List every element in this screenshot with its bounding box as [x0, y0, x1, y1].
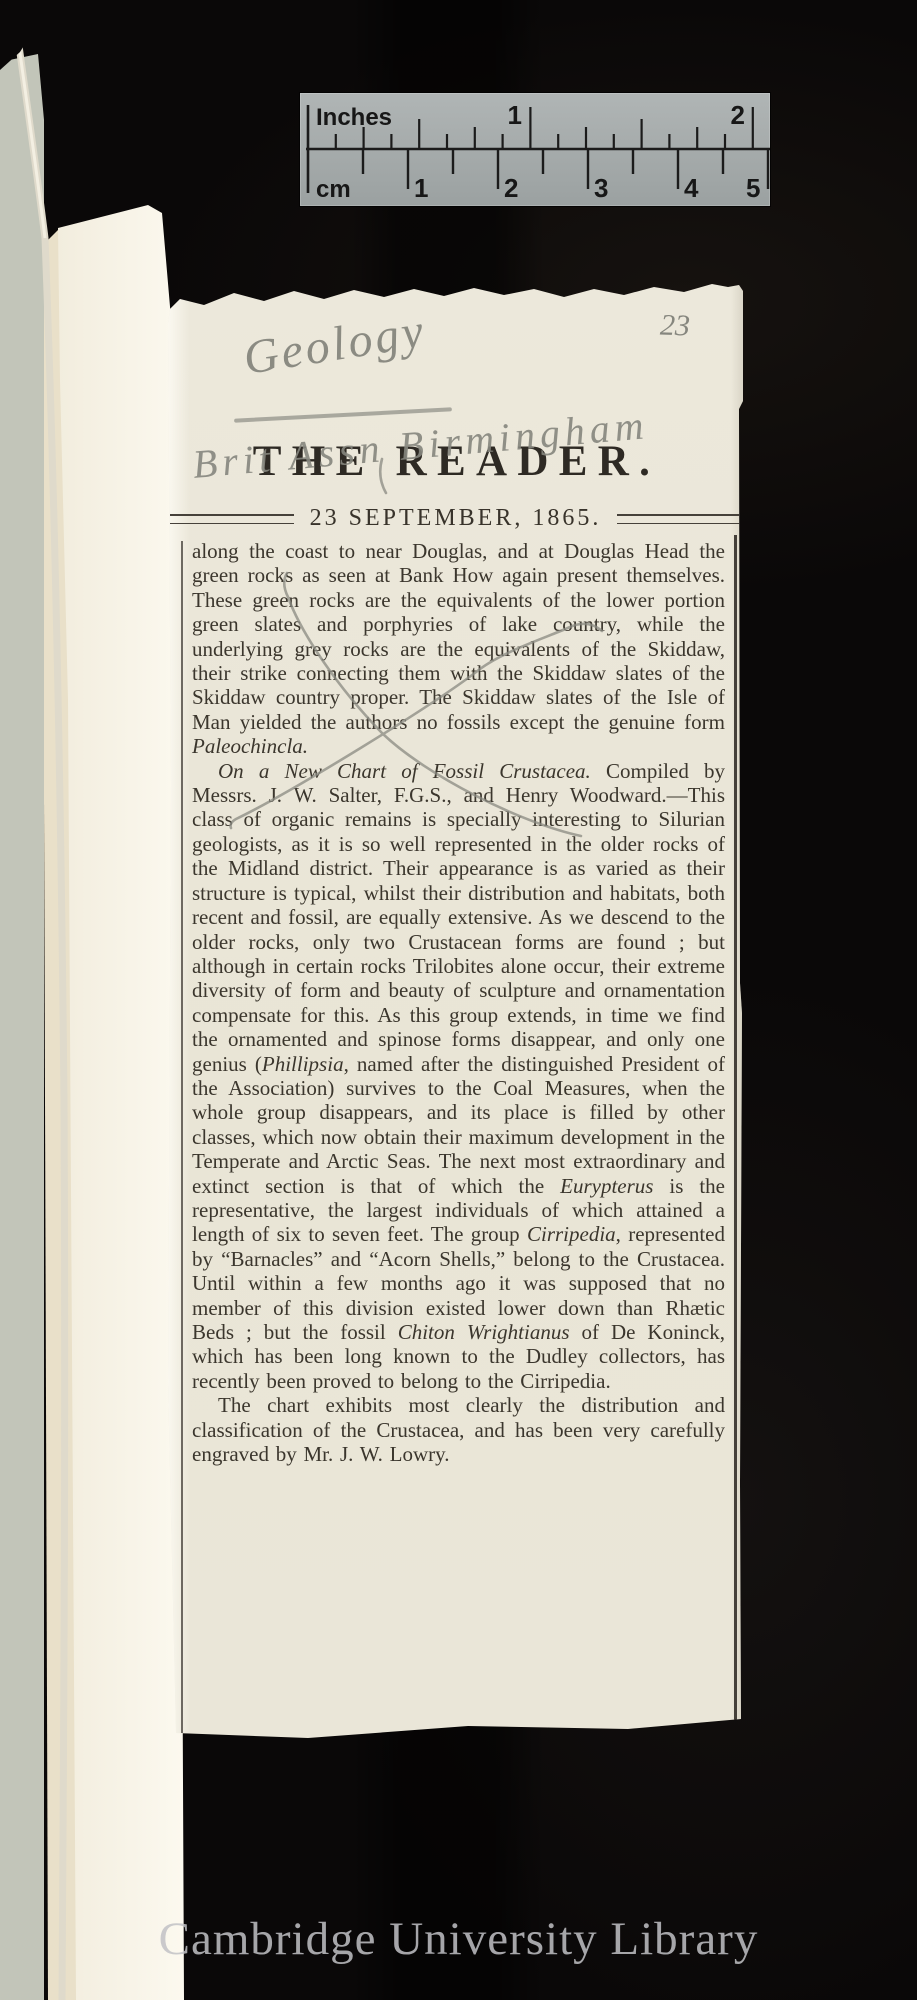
newspaper-clipping: Geology Brit Assn Birmingham 23 THE READ…	[168, 283, 745, 1745]
article-paragraph: along the coast to near Douglas, and at …	[192, 539, 725, 759]
ruler-inch-2: 2	[731, 100, 745, 130]
ruler-cm-label: cm	[316, 176, 351, 203]
ruler: Inches cm 1 2 1 2 3 4 5	[300, 93, 770, 206]
masthead-date: 23 SEPTEMBER, 1865.	[306, 505, 606, 532]
article-paragraph: The chart exhibits most clearly the dist…	[192, 1393, 725, 1466]
ruler-cm-1: 1	[414, 173, 428, 203]
pencil-page-number: 23	[659, 308, 690, 343]
pencil-annotation-subject: Geology	[240, 303, 430, 386]
ruler-cm-5: 5	[746, 173, 760, 203]
photo-scene: Inches cm 1 2 1 2 3 4 5 Geology Brit Ass…	[0, 0, 917, 2000]
library-watermark: Cambridge University Library	[0, 1912, 917, 1966]
ruler-cm-3: 3	[594, 173, 608, 203]
ruler-inch-1: 1	[508, 100, 522, 130]
page-edge-grey	[0, 54, 44, 2000]
column-rule-right	[734, 535, 737, 1729]
double-rule-right	[617, 514, 741, 524]
book-page-edge	[0, 0, 195, 2000]
page-white	[58, 205, 184, 2000]
article-paragraph: On a New Chart of Fossil Crustacea. Comp…	[192, 759, 725, 1394]
masthead-dateline: 23 SEPTEMBER, 1865.	[170, 505, 741, 532]
article-text: along the coast to near Douglas, and at …	[192, 539, 725, 1466]
ruler-inches-label: Inches	[316, 104, 392, 131]
article-column: along the coast to near Douglas, and at …	[168, 535, 745, 1745]
column-rule-left	[181, 541, 183, 1733]
ruler-cm-2: 2	[504, 173, 518, 203]
ruler-cm-4: 4	[684, 173, 699, 203]
double-rule-left	[170, 514, 294, 524]
